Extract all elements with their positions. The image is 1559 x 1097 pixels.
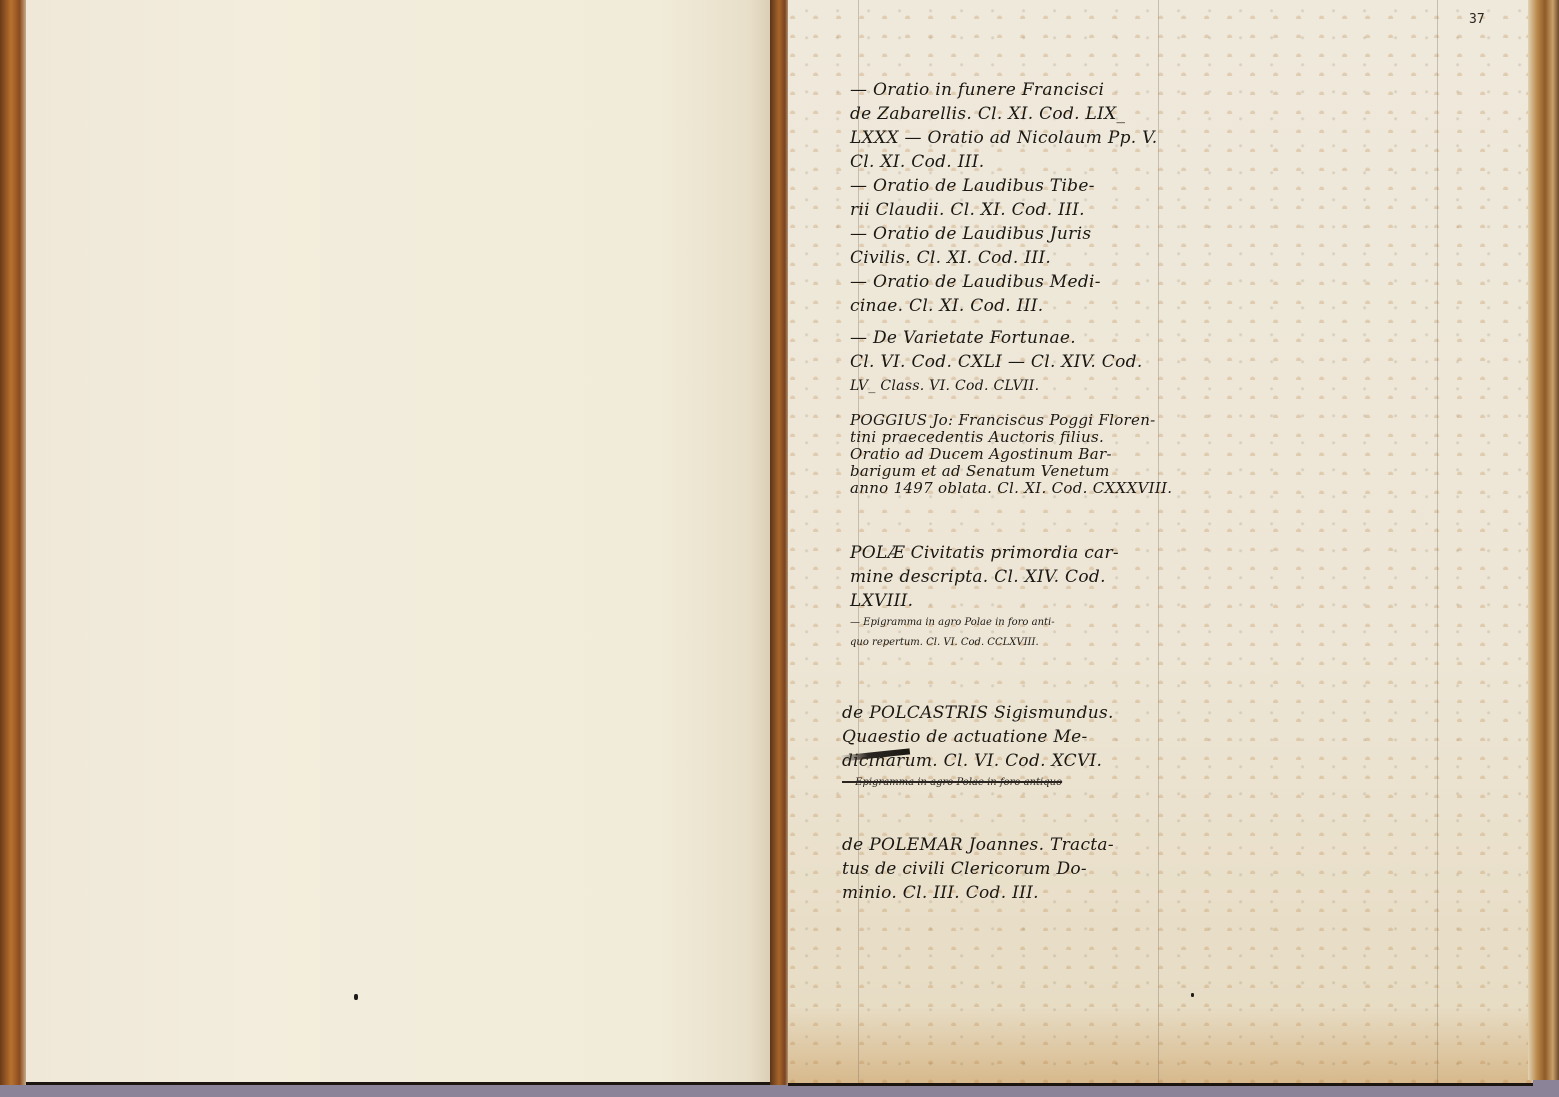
entry-line: — De Varietate Fortunae.	[850, 326, 1170, 350]
entry-polemar: de POLEMAR Joannes. Tracta- tus de civil…	[842, 833, 1170, 905]
entry-polae: POLÆ Civitatis primordia car- mine descr…	[850, 541, 1170, 653]
entry-line: Civilis. Cl. XI. Cod. III.	[850, 246, 1170, 270]
entry-line: — Oratio de Laudibus Medi-	[850, 270, 1170, 294]
entry-line: Oratio ad Ducem Agostinum Bar-	[850, 446, 1170, 463]
entry-line: minio. Cl. III. Cod. III.	[842, 881, 1170, 905]
entry-subline: — Epigramma in agro Polae in foro anti-	[850, 613, 1170, 633]
entry-line: Quaestio de actuatione Me-	[842, 725, 1170, 749]
entry-laudibus-juris: — Oratio de Laudibus Juris Civilis. Cl. …	[850, 222, 1170, 270]
entry-line: LV_ Class. VI. Cod. CLVII.	[850, 374, 1170, 398]
entry-line: — Oratio in funere Francisci	[850, 78, 1170, 102]
entry-line: tus de civili Clericorum Do-	[842, 857, 1170, 881]
left-page-blank	[26, 0, 772, 1085]
margin-rule-right	[1437, 0, 1438, 1083]
entry-heading-line: de POLEMAR Joannes. Tracta-	[842, 833, 1170, 857]
entry-line: LXVIII.	[850, 589, 1170, 613]
entry-line: — Oratio de Laudibus Juris	[850, 222, 1170, 246]
entry-line: cinae. Cl. XI. Cod. III.	[850, 294, 1170, 318]
entry-line: Cl. VI. Cod. CXLI — Cl. XIV. Cod.	[850, 350, 1170, 374]
entry-poggius: POGGIUS Jo: Franciscus Poggi Floren- tin…	[850, 412, 1170, 497]
entry-oratio-zabarella: — Oratio in funere Francisci de Zabarell…	[850, 78, 1170, 174]
book-gutter	[770, 0, 790, 1085]
entry-varietate-fortunae: — De Varietate Fortunae. Cl. VI. Cod. CX…	[850, 326, 1170, 398]
ink-speck	[354, 994, 358, 1000]
entry-laudibus-tiberii: — Oratio de Laudibus Tibe- rii Claudii. …	[850, 174, 1170, 222]
entry-polcastris: de POLCASTRIS Sigismundus. Quaestio de a…	[842, 701, 1170, 793]
ink-speck	[1191, 993, 1194, 997]
entry-heading-line: POLÆ Civitatis primordia car-	[850, 541, 1170, 565]
entry-line: mine descripta. Cl. XIV. Cod.	[850, 565, 1170, 589]
entry-line: — Oratio de Laudibus Tibe-	[850, 174, 1170, 198]
entry-laudibus-medicinae: — Oratio de Laudibus Medi- cinae. Cl. XI…	[850, 270, 1170, 318]
entry-heading-line: POGGIUS Jo: Franciscus Poggi Floren-	[850, 412, 1170, 429]
right-page-edges	[1528, 0, 1559, 1080]
entry-line: rii Claudii. Cl. XI. Cod. III.	[850, 198, 1170, 222]
entry-line: de Zabarellis. Cl. XI. Cod. LIX_	[850, 102, 1170, 126]
entry-line: tini praecedentis Auctoris filius.	[850, 429, 1170, 446]
entry-line: barigum et ad Senatum Venetum	[850, 463, 1170, 480]
struck-through-line: — Epigramma in agro Polae in foro antiqu…	[842, 773, 1170, 793]
entry-subline: quo repertum. Cl. VI. Cod. CCLXVIII.	[850, 633, 1170, 653]
entry-heading-line: de POLCASTRIS Sigismundus.	[842, 701, 1170, 725]
catalogue-entries: — Oratio in funere Francisci de Zabarell…	[850, 78, 1170, 905]
entry-line: LXXX — Oratio ad Nicolaum Pp. V.	[850, 126, 1170, 150]
entry-line: anno 1497 oblata. Cl. XI. Cod. CXXXVIII.	[850, 480, 1170, 497]
page-number: 37	[1469, 12, 1485, 27]
entry-line: Cl. XI. Cod. III.	[850, 150, 1170, 174]
left-page-edges	[0, 0, 28, 1085]
